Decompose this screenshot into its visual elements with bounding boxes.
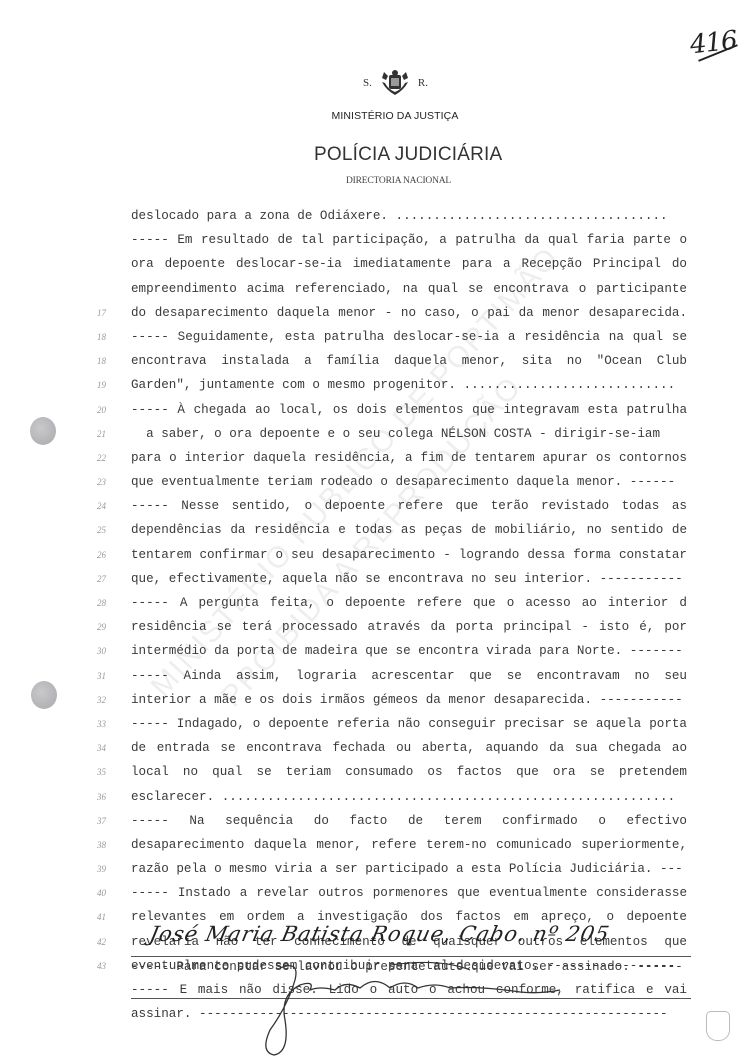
- crest-right-initial: R.: [418, 77, 428, 89]
- text-line: 19Garden", juntamente com o mesmo progen…: [131, 373, 691, 397]
- archive-stamp: [706, 1011, 730, 1041]
- punch-hole-top: [30, 417, 56, 445]
- text-line: 24----- Nesse sentido, o depoente refere…: [131, 494, 691, 518]
- text-line: 37----- Na sequência do facto de terem c…: [131, 809, 691, 833]
- agency-title: POLÍCIA JUDICIÁRIA: [314, 144, 502, 166]
- text-line: 29residência se terá processado através …: [131, 615, 691, 639]
- text-line: empreendimento acima referenciado, na qu…: [131, 277, 691, 301]
- text-line: 31----- Ainda assim, lograria acrescenta…: [131, 664, 691, 688]
- text-line: 18----- Seguidamente, esta patrulha desl…: [131, 325, 691, 349]
- text-line: 20----- À chegada ao local, os dois elem…: [131, 398, 691, 422]
- text-line: 27que, efectivamente, aquela não se enco…: [131, 567, 691, 591]
- text-line: 35local no qual se teriam consumado os f…: [131, 760, 691, 784]
- text-line: 39razão pela o mesmo viria a ser partici…: [131, 857, 691, 881]
- text-line: 32interior a mãe e os dois irmãos gémeos…: [131, 688, 691, 712]
- text-line: 26tentarem confirmar o seu desaparecimen…: [131, 543, 691, 567]
- ministry-name: MINISTÉRIO DA JUSTIÇA: [320, 110, 470, 122]
- text-line: 23que eventualmente teriam rodeado o des…: [131, 470, 691, 494]
- crest-row: S. R.: [363, 68, 428, 98]
- text-line: ora depoente deslocar-se-ia imediatament…: [131, 252, 691, 276]
- punch-hole-bottom: [31, 681, 57, 709]
- directorate-name: DIRECTORIA NACIONAL: [346, 176, 451, 186]
- text-line: 21 a saber, o ora depoente e o seu coleg…: [131, 422, 691, 446]
- handwritten-signature-scribble: [240, 960, 570, 1060]
- statement-body: deslocado para a zona de Odiáxere. .....…: [131, 204, 691, 1026]
- signature-rule-1: [131, 956, 691, 957]
- text-line: 40----- Instado a revelar outros pormeno…: [131, 881, 691, 905]
- text-line: deslocado para a zona de Odiáxere. .....…: [131, 204, 691, 228]
- text-line: 33----- Indagado, o depoente referia não…: [131, 712, 691, 736]
- text-line: 28----- A pergunta feita, o depoente ref…: [131, 591, 691, 615]
- text-line: 22para o interior daquela residência, a …: [131, 446, 691, 470]
- handwritten-signature-name: José Maria Batista Roque, Cabo. nº 205: [147, 922, 612, 946]
- text-line: 17do desaparecimento daquela menor - no …: [131, 301, 691, 325]
- text-line: 18encontrava instalada a família daquela…: [131, 349, 691, 373]
- text-line: 30intermédio da porta de madeira que se …: [131, 639, 691, 663]
- text-line: ----- Em resultado de tal participação, …: [131, 228, 691, 252]
- text-line: 34de entrada se encontrava fechada ou ab…: [131, 736, 691, 760]
- text-line: 38desaparecimento daquela menor, refere …: [131, 833, 691, 857]
- coat-of-arms-icon: [378, 68, 412, 98]
- text-line: 25dependências da residência e todas as …: [131, 518, 691, 542]
- text-line: 36esclarecer. ..........................…: [131, 785, 691, 809]
- crest-left-initial: S.: [363, 77, 372, 89]
